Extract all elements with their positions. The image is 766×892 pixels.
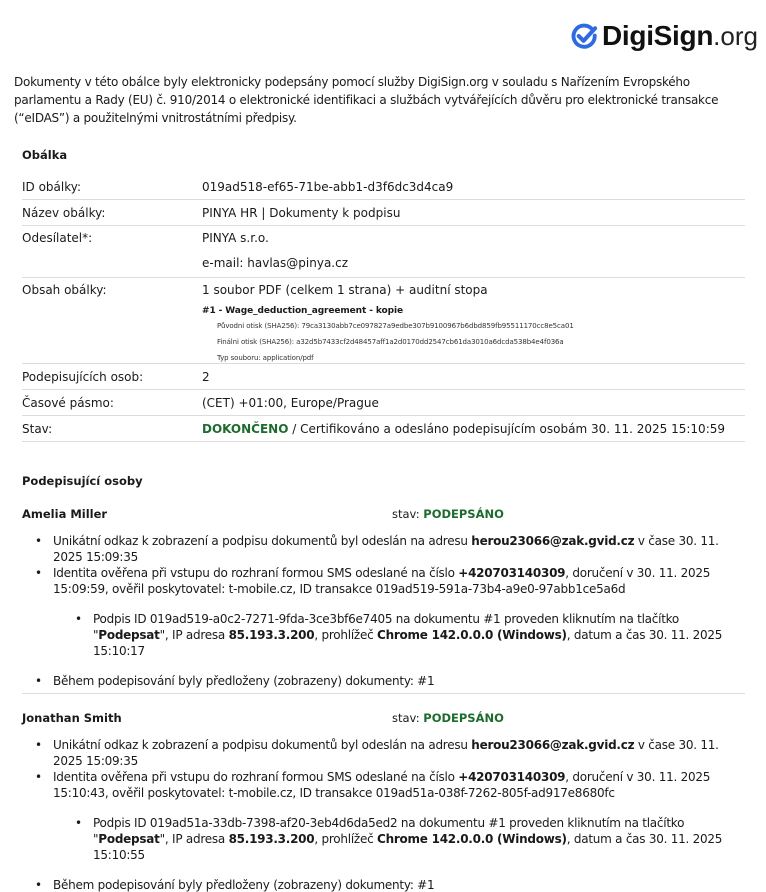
signer-phone: +420703140309 [458,770,565,784]
value-sender: PINYA s.r.o. [202,231,745,256]
signer-name: Jonathan Smith [22,711,392,725]
signer-divider [22,693,745,694]
signer-state: PODEPSÁNO [423,507,504,521]
check-circle-icon [571,23,598,50]
row-timezone: Časové pásmo: (CET) +01:00, Europe/Pragu… [22,390,745,416]
file-type: Typ souboru: application/pdf [217,350,745,366]
label-timezone: Časové pásmo: [22,396,202,410]
file-original-hash: Původni otisk (SHA256): 79ca3130abb7ce09… [217,318,745,334]
signer-state-label: stav: [392,507,423,521]
row-sender: Odesílatel*: PINYA s.r.o. e-mail: havlas… [22,226,745,278]
row-status: Stav: DOKONČENO / Certifikováno a odeslá… [22,416,745,442]
file-title: #1 - Wage_deduction_agreement - kopie [202,306,745,316]
label-contents: Obsah obálky: [22,278,202,363]
signer-ip: 85.193.3.200 [229,832,315,846]
signer-state: PODEPSÁNO [423,711,504,725]
value-timezone: (CET) +01:00, Europe/Prague [202,396,745,410]
value-signers-count: 2 [202,370,745,384]
signer-name: Amelia Miller [22,507,392,521]
signer-email: herou23066@zak.gvid.cz [471,534,634,548]
intro-text: Dokumenty v této obálce byly elektronick… [14,73,754,127]
label-sender: Odesílatel*: [22,226,202,277]
digisign-logo: DigiSign.org [571,19,758,53]
value-envelope-id: 019ad518-ef65-71be-abb1-d3f6dc3d4ca9 [202,180,745,194]
signer-block: Amelia Miller stav: PODEPSÁNO Unikátní o… [22,505,745,689]
label-envelope-name: Název obálky: [22,206,202,220]
list-item-documents: Během podepisování byly předloženy (zobr… [22,673,745,689]
label-envelope-id: ID obálky: [22,180,202,194]
signer-browser: Chrome 142.0.0.0 (Windows) [377,832,567,846]
status-detail: / Certifikováno a odesláno podepisujícím… [288,422,725,436]
envelope-table: ID obálky: 019ad518-ef65-71be-abb1-d3f6d… [22,174,745,442]
list-item-signature: Podpis ID 019ad51a-33db-7398-af20-3eb4d6… [22,815,745,863]
logo-tld: .org [713,21,758,52]
value-contents: 1 soubor PDF (celkem 1 strana) + auditní… [202,283,745,297]
signer-phone: +420703140309 [458,566,565,580]
status-badge: DOKONČENO [202,422,288,436]
logo-brand: DigiSign [602,20,713,52]
value-envelope-name: PINYA HR | Dokumenty k podpisu [202,206,745,220]
list-item-sms: Identita ověřena při vstupu do rozhraní … [22,769,745,801]
signer-ip: 85.193.3.200 [229,628,315,642]
label-signers-count: Podepisujících osob: [22,370,202,384]
signer-email: herou23066@zak.gvid.cz [471,738,634,752]
signer-browser: Chrome 142.0.0.0 (Windows) [377,628,567,642]
list-item-documents: Během podepisování byly předloženy (zobr… [22,877,745,892]
list-item-link: Unikátní odkaz k zobrazení a podpisu dok… [22,533,745,565]
row-contents: Obsah obálky: 1 soubor PDF (celkem 1 str… [22,278,745,364]
signer-state-label: stav: [392,711,423,725]
row-signers-count: Podepisujících osob: 2 [22,364,745,390]
row-envelope-name: Název obálky: PINYA HR | Dokumenty k pod… [22,200,745,226]
list-item-link: Unikátní odkaz k zobrazení a podpisu dok… [22,737,745,769]
list-item-signature: Podpis ID 019ad519-a0c2-7271-9fda-3ce3bf… [22,611,745,659]
signer-block: Jonathan Smith stav: PODEPSÁNO Unikátní … [22,709,745,892]
list-item-sms: Identita ověřena při vstupu do rozhraní … [22,565,745,597]
envelope-title: Obálka [22,148,67,162]
label-status: Stav: [22,422,202,436]
row-envelope-id: ID obálky: 019ad518-ef65-71be-abb1-d3f6d… [22,174,745,200]
signers-title: Podepisující osoby [22,474,143,488]
file-final-hash: Finálni otisk (SHA256): a32d5b7433cf2d48… [217,334,745,350]
